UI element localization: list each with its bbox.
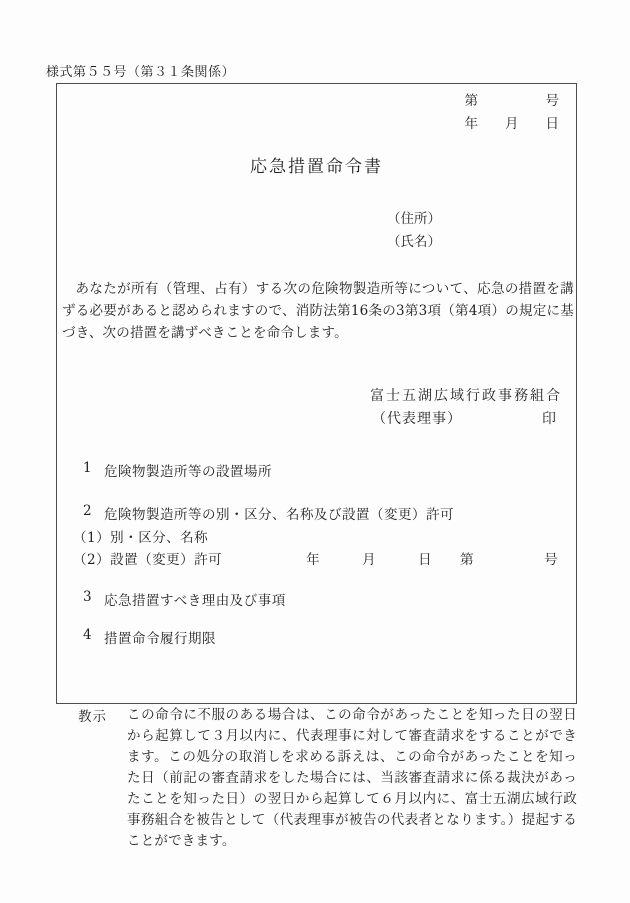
- form-style-label: 様式第５５号（第３１条関係）: [46, 61, 235, 80]
- document-title: 応急措置命令書: [57, 152, 576, 177]
- recipient-address-label: （住所）: [387, 207, 441, 227]
- item-2-sub-1: （1）別・区分、名称: [73, 526, 208, 546]
- issuer-representative-line: （代表理事） 印: [372, 408, 557, 428]
- list-item-2: 2 危険物製造所等の別・区分、名称及び設置（変更）許可: [83, 503, 454, 523]
- item-1-number: 1: [83, 460, 104, 480]
- document-border-box: 第 号 年 月 日 応急措置命令書 （住所） （氏名） あなたが所有（管理、占有…: [56, 83, 577, 704]
- document-page: 様式第５５号（第３１条関係） 第 号 年 月 日 応急措置命令書 （住所） （氏…: [0, 0, 630, 903]
- issuer-representative-label: （代表理事）: [372, 408, 462, 428]
- appeal-notice-section: 教示 この命令に不服のある場合は、この命令があったことを知った日の翌日から起算し…: [78, 705, 577, 852]
- item-4-label: 措置命令履行期限: [104, 627, 216, 647]
- item-1-label: 危険物製造所等の設置場所: [104, 460, 272, 480]
- recipient-name-label: （氏名）: [387, 230, 441, 250]
- appeal-notice-text: この命令に不服のある場合は、この命令があったことを知った日の翌日から起算して３月…: [127, 705, 577, 852]
- seal-mark: 印: [542, 408, 557, 428]
- issuer-organization: 富士五湖広域行政事務組合: [370, 385, 562, 405]
- appeal-notice-label: 教示: [78, 705, 107, 725]
- item-3-number: 3: [83, 589, 104, 609]
- item-2-number: 2: [83, 503, 104, 523]
- item-4-number: 4: [83, 627, 104, 647]
- item-3-label: 応急措置すべき理由及び事項: [104, 589, 286, 609]
- list-item-3: 3 応急措置すべき理由及び事項: [83, 589, 286, 609]
- list-item-4: 4 措置命令履行期限: [83, 627, 216, 647]
- item-2-label: 危険物製造所等の別・区分、名称及び設置（変更）許可: [104, 503, 454, 523]
- document-number-line: 第 号: [465, 89, 560, 109]
- document-date-line: 年 月 日: [465, 112, 560, 132]
- list-item-1: 1 危険物製造所等の設置場所: [83, 460, 272, 480]
- item-2-sub-2: （2）設置（変更）許可 年 月 日 第 号: [73, 548, 558, 568]
- order-body-paragraph: あなたが所有（管理、占有）する次の危険物製造所等について、応急の措置を講ずる必要…: [62, 278, 574, 344]
